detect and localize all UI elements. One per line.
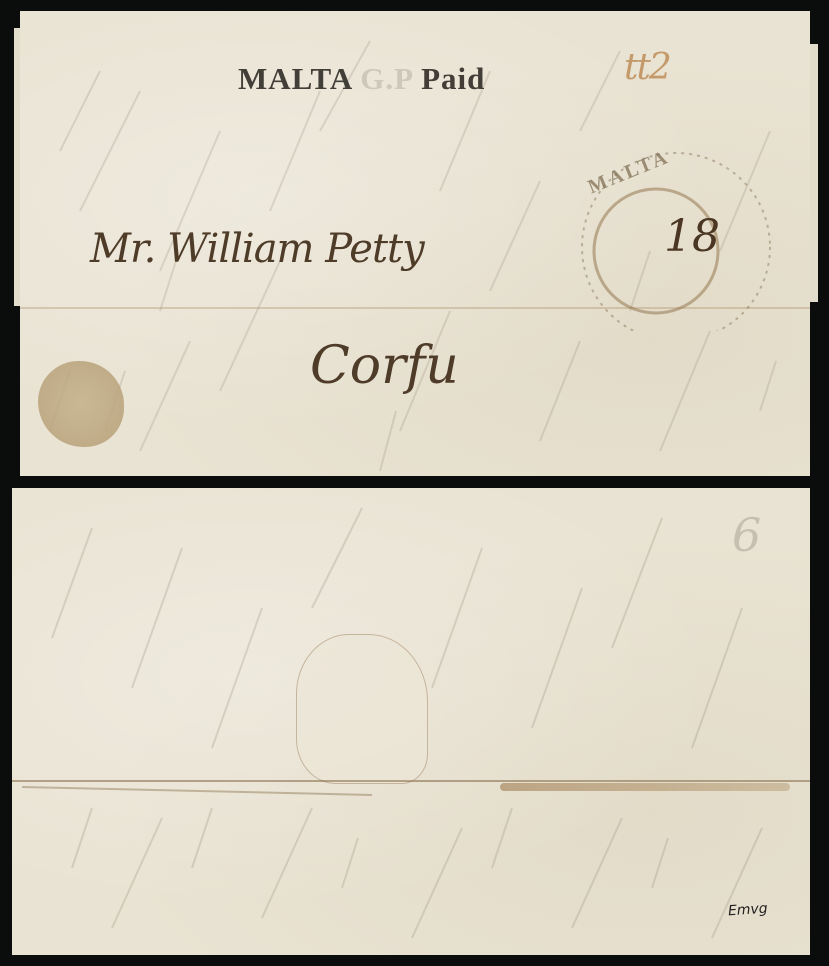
letter-back-panel: 6 Emvg: [12, 488, 810, 955]
malta-paid-handstamp: MALTA G.P Paid: [238, 61, 485, 97]
flap-edge-stain: [500, 783, 790, 791]
handstamp-text-malta: MALTA: [238, 61, 352, 96]
letter-front-panel: MALTA G.P Paid tt2 MALTA 18 Mr. William …: [20, 11, 810, 476]
handstamp-text-faded: G.P: [352, 61, 413, 96]
wax-seal-stain: [38, 361, 124, 447]
flap-edge-upper: [12, 780, 810, 782]
postage-due-marking: 18: [664, 211, 720, 262]
manuscript-rate-mark: tt2: [624, 47, 670, 88]
handstamp-text-paid: Paid: [412, 61, 485, 96]
wax-seal-remnant: [296, 634, 428, 784]
collector-pencil-mark: Emvg: [727, 901, 768, 920]
destination-city: Corfu: [310, 336, 459, 396]
folded-flap-edges: [12, 780, 810, 794]
faint-docket-numeral: 6: [732, 508, 761, 562]
addressee-name: Mr. William Petty: [90, 226, 424, 272]
